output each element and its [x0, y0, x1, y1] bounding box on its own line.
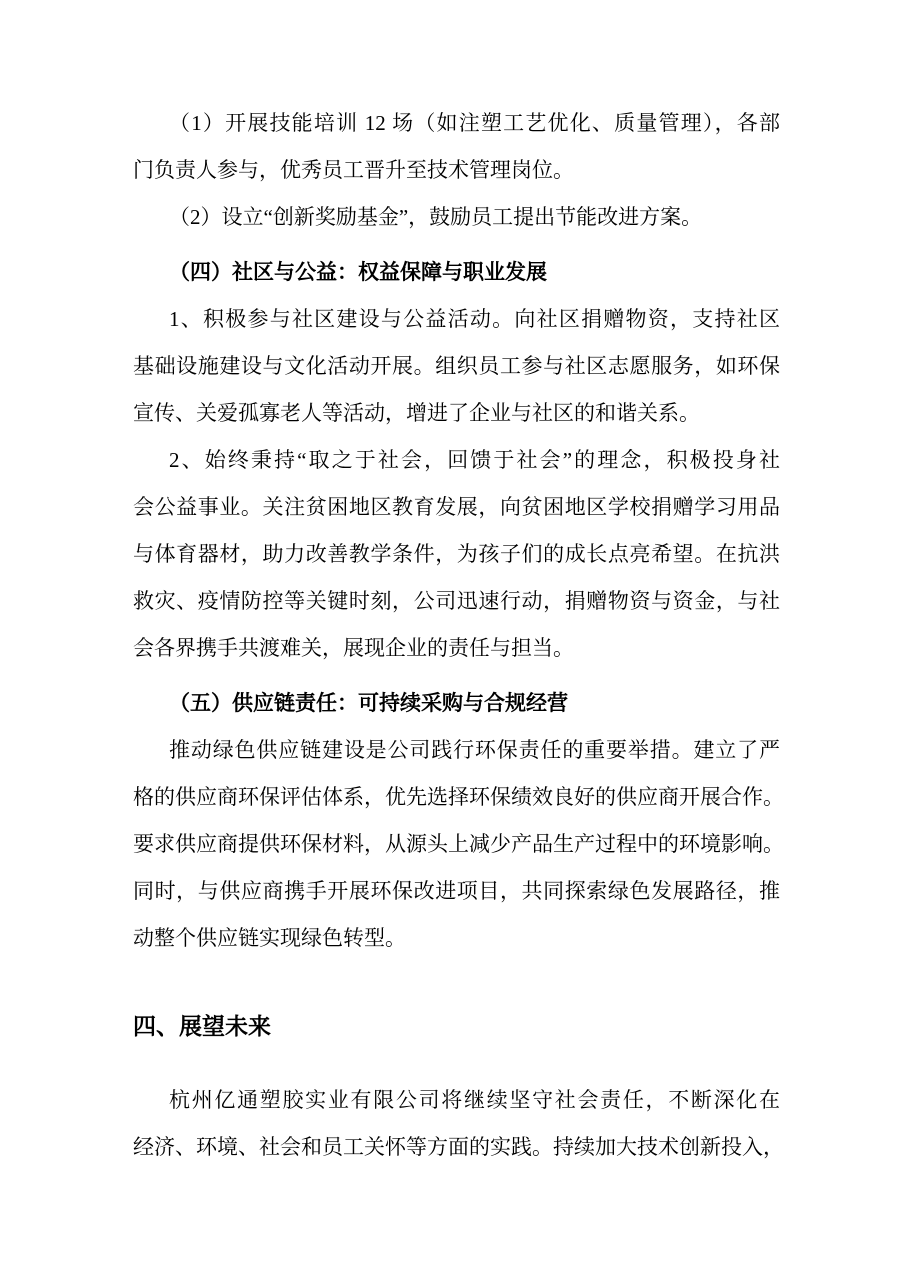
text-line: 2、始终秉持“取之于社会，回馈于社会”的理念，积极投身社: [133, 437, 780, 484]
heading-text: （四）社区与公益：权益保障与职业发展: [133, 249, 780, 296]
paragraph-charity: 2、始终秉持“取之于社会，回馈于社会”的理念，积极投身社会公益事业。关注贫困地区…: [133, 437, 780, 672]
text-line: 1、积极参与社区建设与公益活动。向社区捐赠物资，支持社区: [133, 296, 780, 343]
text-line: （1）开展技能培训 12 场（如注塑工艺优化、质量管理），各部: [133, 100, 780, 147]
text-line: 宣传、关爱孤寡老人等活动，增进了企业与社区的和谐关系。: [133, 390, 780, 437]
paragraph-outlook: 杭州亿通塑胶实业有限公司将继续坚守社会责任，不断深化在经济、环境、社会和员工关怀…: [133, 1077, 780, 1171]
paragraph-community: 1、积极参与社区建设与公益活动。向社区捐赠物资，支持社区基础设施建设与文化活动开…: [133, 296, 780, 437]
text-line: 经济、环境、社会和员工关怀等方面的实践。持续加大技术创新投入，: [133, 1124, 780, 1171]
chapter-heading-outlook: 四、展望未来: [133, 1002, 780, 1052]
text-line: 动整个供应链实现绿色转型。: [133, 915, 780, 962]
text-line: 救灾、疫情防控等关键时刻，公司迅速行动，捐赠物资与资金，与社: [133, 578, 780, 625]
paragraph-supply-chain: 推动绿色供应链建设是公司践行环保责任的重要举措。建立了严格的供应商环保评估体系，…: [133, 727, 780, 962]
section-heading-community: （四）社区与公益：权益保障与职业发展: [133, 249, 780, 296]
text-line: （2）设立“创新奖励基金”，鼓励员工提出节能改进方案。: [133, 194, 780, 241]
heading-text: （五）供应链责任：可持续采购与合规经营: [133, 680, 780, 727]
text-line: 基础设施建设与文化活动开展。组织员工参与社区志愿服务，如环保: [133, 343, 780, 390]
paragraph-innovation-fund: （2）设立“创新奖励基金”，鼓励员工提出节能改进方案。: [133, 194, 780, 241]
text-line: 与体育器材，助力改善教学条件，为孩子们的成长点亮希望。在抗洪: [133, 531, 780, 578]
text-line: 会各界携手共渡难关，展现企业的责任与担当。: [133, 625, 780, 672]
text-line: 会公益事业。关注贫困地区教育发展，向贫困地区学校捐赠学习用品: [133, 484, 780, 531]
paragraph-training: （1）开展技能培训 12 场（如注塑工艺优化、质量管理），各部门负责人参与，优秀…: [133, 100, 780, 194]
text-line: 要求供应商提供环保材料，从源头上减少产品生产过程中的环境影响。: [133, 821, 780, 868]
text-line: 门负责人参与，优秀员工晋升至技术管理岗位。: [133, 147, 780, 194]
text-line: 杭州亿通塑胶实业有限公司将继续坚守社会责任，不断深化在: [133, 1077, 780, 1124]
text-line: 格的供应商环保评估体系，优先选择环保绩效良好的供应商开展合作。: [133, 774, 780, 821]
text-line: 同时，与供应商携手开展环保改进项目，共同探索绿色发展路径，推: [133, 868, 780, 915]
section-heading-supply-chain: （五）供应链责任：可持续采购与合规经营: [133, 680, 780, 727]
text-line: 推动绿色供应链建设是公司践行环保责任的重要举措。建立了严: [133, 727, 780, 774]
document-page: （1）开展技能培训 12 场（如注塑工艺优化、质量管理），各部门负责人参与，优秀…: [0, 0, 900, 1273]
heading-text: 四、展望未来: [133, 1002, 780, 1052]
